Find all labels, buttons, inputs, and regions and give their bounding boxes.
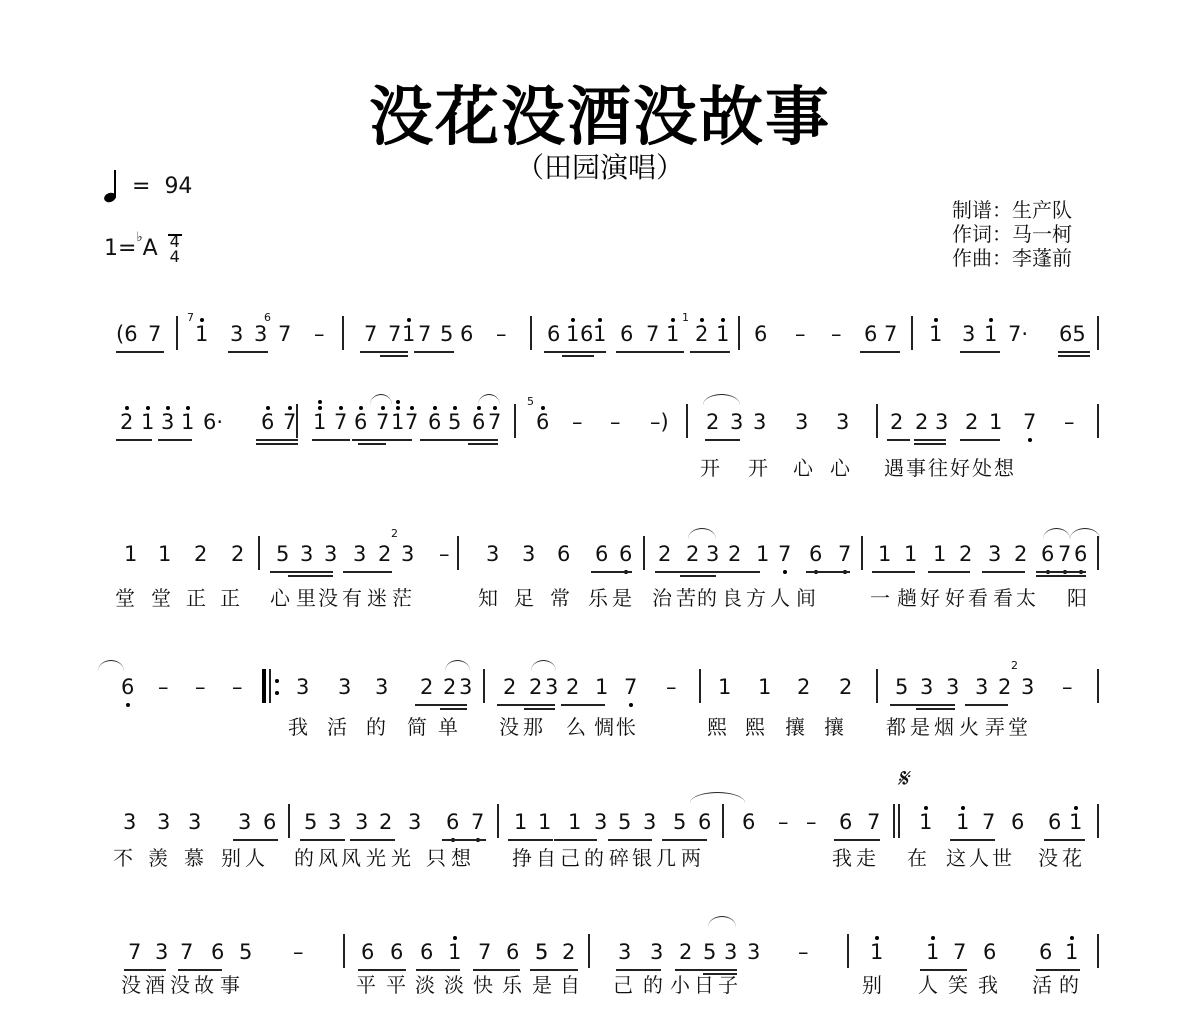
note: 1 [514,810,527,834]
note: 6 [547,322,560,346]
note-digit: 6· [203,410,223,434]
note: 6 [506,940,519,964]
note-digit: 2 [706,410,719,434]
note-digit: 7 [1023,410,1036,434]
song-title: 没花没酒没故事 [0,66,1200,158]
note: 1 [758,675,771,699]
note: 6 [595,542,608,566]
note: 6 [1039,940,1052,964]
note-digit: 6 [361,940,374,964]
note: 1 [929,322,942,346]
beam-underline [887,439,910,441]
beam-underline-double [680,575,716,577]
lyric-char: 子 [718,973,738,997]
note: 2 [529,675,542,699]
beam-underline [312,439,340,441]
lyric-char: 走 [856,846,876,870]
note: 1 [956,810,969,834]
slur-arc [1070,528,1100,539]
time-denominator: 4 [170,249,180,264]
note-digit: 3 [486,542,499,566]
barline [483,669,485,703]
note-digit: 6 [1039,940,1052,964]
sustain-dash: – [232,675,243,699]
lyric-char: 都 [886,715,906,739]
note-digit: 1 [1065,940,1078,964]
lyric-char: 一 [870,586,890,610]
lyric-char: 堂 [115,586,135,610]
slur-arc [98,660,124,671]
lyric-char: 我 [832,846,852,870]
note-digit: 6 [121,675,134,699]
note-digit: – [439,542,450,566]
lyric-char: 自 [560,973,580,997]
beam-underline [158,439,192,441]
note: 3 [401,542,414,566]
lyric-char: 足 [514,586,534,610]
note: 7· [1008,322,1028,346]
note-digit: 1 [716,322,729,346]
note-digit: 3 [401,542,414,566]
lyric-char: 遇 [884,456,904,480]
lyric-char: 己 [560,846,580,870]
note-digit: 6 [211,940,224,964]
lyric-char: 想 [994,456,1014,480]
note-digit: – [572,410,583,434]
note: 2 [443,675,456,699]
lyric-char: 酒 [145,973,165,997]
note-digit: 6 [460,322,473,346]
lyric-char: 堂 [1008,715,1028,739]
note-digit: 7 [283,410,296,434]
note-digit: 1 [926,940,939,964]
note: 6 [557,542,570,566]
note-digit: 2 [378,542,391,566]
lyric-char: 羡 [148,846,168,870]
credit-lyricist: 作词：马一柯 [952,222,1072,246]
note-digit: – [314,322,325,346]
note-digit: 5 [895,675,908,699]
note-digit: 6 [536,410,549,434]
beam-underline [928,571,970,573]
lyric-char: 间 [796,586,816,610]
beam-underline [383,439,412,441]
note: 6 [536,410,549,434]
note-digit: 3 [123,810,136,834]
barline [876,669,878,703]
note: 7 [778,542,791,566]
note: 6 [983,940,996,964]
note: 7 [1023,410,1036,434]
note-digit: 7 [624,675,637,699]
note-digit: 3 [1021,675,1034,699]
key-tonic: A [143,236,158,261]
note-digit: 1 [158,542,171,566]
note-digit: 6 [580,322,593,346]
lyric-char: 光 [366,846,386,870]
note: 65 [1059,322,1086,346]
lyric-char: 挣 [512,846,532,870]
beam-underline-double [380,355,408,357]
lyric-char: 世 [992,846,1012,870]
tempo-equals: = [132,174,150,199]
note-digit: 6 [390,940,403,964]
note-digit: 7 [488,410,501,434]
note: 2 [706,410,719,434]
note-digit: 1 [956,810,969,834]
lyric-char: 不 [113,846,133,870]
sustain-dash: – [831,322,842,346]
lyric-char: 故 [194,973,214,997]
lyric-char: 开 [700,456,720,480]
note-digit: 2 [839,675,852,699]
note-digit: 7· [1008,322,1028,346]
lyric-char: 阳 [1067,586,1087,610]
beam-underline [690,351,730,353]
lyric-char: 活 [1032,973,1052,997]
note-digit: 3 [408,810,421,834]
slur-arc [445,660,470,671]
note: 3 [375,675,388,699]
lyric-char: 火 [959,715,979,739]
note-digit: 2 [529,675,542,699]
note-digit: 6 [983,940,996,964]
note: 2 [562,940,575,964]
note-digit: 2 [566,675,579,699]
beam-underline [591,571,632,573]
note: 7 [364,322,377,346]
note: 3 [230,322,243,346]
note-digit: 5 [535,940,548,964]
lyric-char: 风 [318,846,338,870]
credit-composer: 作曲：李蓬前 [952,246,1072,270]
sustain-dash: – [610,410,621,434]
note-digit: 2 [562,940,575,964]
note: 1 [593,322,606,346]
note: 6 [472,410,485,434]
beam-underline [352,439,384,441]
beam-underline-double [358,443,386,445]
note-digit: 1 [989,410,1002,434]
lyric-char: 堂 [151,586,171,610]
note-digit: 7 [953,940,966,964]
repeat-start-barline [262,669,266,703]
note-digit: 1 [758,675,771,699]
note-digit: – [798,940,809,964]
slur-arc [531,660,556,671]
slur-arc [478,394,500,405]
note-digit: 3 [795,410,808,434]
quarter-note-icon [104,170,118,202]
note: 1 [181,410,194,434]
note: 3 [594,810,607,834]
beam-underline [561,704,605,706]
lyric-char: 乐 [588,586,608,610]
beam-underline [616,969,661,971]
note: 3 [962,322,975,346]
beam-underline-double [916,708,955,710]
note: 5 [448,410,461,434]
note-digit: 1 [870,940,883,964]
note-digit: 7 [646,322,659,346]
note: 1 [595,675,608,699]
note-digit: 7 [867,810,880,834]
note-digit: 7 [180,940,193,964]
beam-underline-double [914,443,946,445]
note-digit: – [610,410,621,434]
note: 1 [568,810,581,834]
note-digit: 6 [547,322,560,346]
note: 3 [338,675,351,699]
note-digit: – [293,940,304,964]
note: 3 [353,542,366,566]
note-digit: 3 [522,542,535,566]
note-digit: 3 [300,542,313,566]
barline [176,316,178,350]
note-digit: 3 [643,810,656,834]
barline [497,804,499,838]
lyric-char: 是 [532,973,552,997]
note: 7 [478,940,491,964]
note-digit: 3 [747,940,760,964]
lyric-char: 那 [523,715,543,739]
lyric-char: 的 [643,973,663,997]
note-digit: 7 [1058,542,1071,566]
lyric-char: 光 [391,846,411,870]
lyric-char: 方 [746,586,766,610]
lyric-char: 有 [342,586,362,610]
note: 7 [405,410,418,434]
note-digit: 7 [982,810,995,834]
note: 3 [188,810,201,834]
note: 1 [1069,810,1082,834]
note-digit: 5 [440,322,453,346]
note: 1 [158,542,171,566]
barline [1097,404,1099,438]
note-digit: 6 [261,410,274,434]
lyric-char: 的 [294,846,314,870]
note-digit: 6 [1041,542,1054,566]
lyric-char: 只 [426,846,446,870]
note: 3 [324,542,337,566]
note-digit: 1 [984,322,997,346]
note: 3 [795,410,808,434]
note-digit: 3 [730,410,743,434]
lyric-char: 乐 [502,973,522,997]
lyric-char: 熙 [707,715,727,739]
note-digit: 2 [194,542,207,566]
beam-underline [116,351,164,353]
note: 3 [522,542,535,566]
note: 1 [313,410,326,434]
beam-underline [414,351,454,353]
note: 6 [620,322,633,346]
note-digit: 1 [1069,810,1082,834]
note: 6 [864,322,877,346]
note: 3 [724,940,737,964]
sustain-dash: – [293,940,304,964]
note-digit: 1 [448,940,461,964]
slur-arc [703,394,740,405]
lyric-char: 心 [270,586,290,610]
note: 5 [703,940,716,964]
beam-underline-double [440,708,467,710]
note: 7 [334,410,347,434]
beam-underline [1036,969,1080,971]
note: 3 [123,810,136,834]
time-divider [168,234,182,236]
lyric-char: 别 [862,973,882,997]
note-digit: 7 [778,542,791,566]
sustain-dash: – [806,810,817,834]
lyric-char: 开 [748,456,768,480]
note-digit: 3 [975,675,988,699]
beam-underline [442,839,486,841]
barline [530,316,532,350]
note-digit: 2 [503,675,516,699]
note: 6 [1048,810,1061,834]
note-digit: – [195,675,206,699]
note: 6 [619,542,632,566]
note-digit: 6 [754,322,767,346]
note: 1 [448,940,461,964]
note-digit: 3 [324,542,337,566]
note: 6 [1074,542,1087,566]
lyric-char: 两 [681,846,701,870]
beam-underline [982,571,1025,573]
lyric-char: 心 [793,456,813,480]
note-digit: 2 [120,410,133,434]
lyric-char: 没 [499,715,519,739]
note-digit: 6 [839,810,852,834]
beam-underline [960,351,1000,353]
note: 1 [870,940,883,964]
note-digit: 6 [864,322,877,346]
note: 2 [420,675,433,699]
note: 2 [679,940,692,964]
barline [457,536,459,570]
note-digit: 6 [557,542,570,566]
sustain-dash: – [195,675,206,699]
note: 2 [120,410,133,434]
lyric-char: 知 [478,586,498,610]
note: 2 [686,542,699,566]
note: 2 [839,675,852,699]
note: 2 [965,410,978,434]
note-digit: 5 [239,940,252,964]
note: 6 [446,810,459,834]
repeat-dot [275,679,279,683]
note-digit: 2 [686,542,699,566]
note-digit: 3 [753,410,766,434]
sustain-dash: – [1064,410,1075,434]
beam-underline [680,571,716,573]
note-digit: 7 [478,940,491,964]
lyric-char: 看 [968,586,988,610]
lyric-char: 正 [186,586,206,610]
note: 3 [836,410,849,434]
beam-underline [358,969,406,971]
note-digit: 1 [666,322,679,346]
beam-underline [343,571,392,573]
beam-underline [440,704,467,706]
beam-underline [300,839,345,841]
lyric-char: 往 [928,456,948,480]
note: 3 [355,810,368,834]
lyric-char: 茫 [392,586,412,610]
note: 2 [378,542,391,566]
lyric-char: 没 [170,973,190,997]
beam-underline [860,351,900,353]
barline [296,404,298,438]
note-digit: 3 [724,940,737,964]
note: 7 [148,322,161,346]
lyric-char: 事 [906,456,926,480]
lyric-char: 事 [220,973,240,997]
note: 3 [328,810,341,834]
barline [288,804,290,838]
note-digit: 1 [195,322,208,346]
sustain-dash: – [666,675,677,699]
note-digit: 6 [1011,810,1024,834]
note-digit: 6 [263,810,276,834]
note-digit: – [806,810,817,834]
note-digit: – [778,810,789,834]
note: 5 [618,810,631,834]
lyric-char: 碎 [609,846,629,870]
lyric-char: 烟 [934,715,954,739]
note-digit: 3 [962,322,975,346]
lyric-char: 日 [694,973,714,997]
lyric-char: 良 [722,586,742,610]
lyric-char: 攘 [785,715,805,739]
note: 6 [839,810,852,834]
note: 6 [261,410,274,434]
note: 6 [742,810,755,834]
note-digit: 7 [471,810,484,834]
note-digit: 1 [718,675,731,699]
lyric-char: 笑 [948,973,968,997]
lyric-char: 平 [386,973,406,997]
note: 1 [666,322,679,346]
tempo-bpm: 94 [164,174,192,199]
lyric-char: 好 [920,586,940,610]
note: 6 [460,322,473,346]
note-digit: 1 [538,810,551,834]
note-digit: 2 [728,542,741,566]
beam-underline [960,439,1000,441]
beam-underline [473,969,520,971]
beam-underline [508,839,553,841]
note: 6 [580,322,593,346]
note: 3 [946,675,959,699]
note-digit: –) [650,410,669,434]
grace-note: 6 [264,312,271,323]
lyric-char: 太 [1016,586,1036,610]
note: 1 [195,322,208,346]
beam-underline-double [1058,355,1090,357]
lyric-char: 在 [907,846,927,870]
slur-arc [370,394,392,405]
lyric-char: 处 [972,456,992,480]
lyric-char: 这 [946,846,966,870]
lyric-char: 人 [969,846,989,870]
beam-underline [444,439,470,441]
lyric-char: 简 [407,715,427,739]
note-digit: 3 [594,810,607,834]
note-digit: – [795,322,806,346]
grace-note: 2 [391,528,398,539]
